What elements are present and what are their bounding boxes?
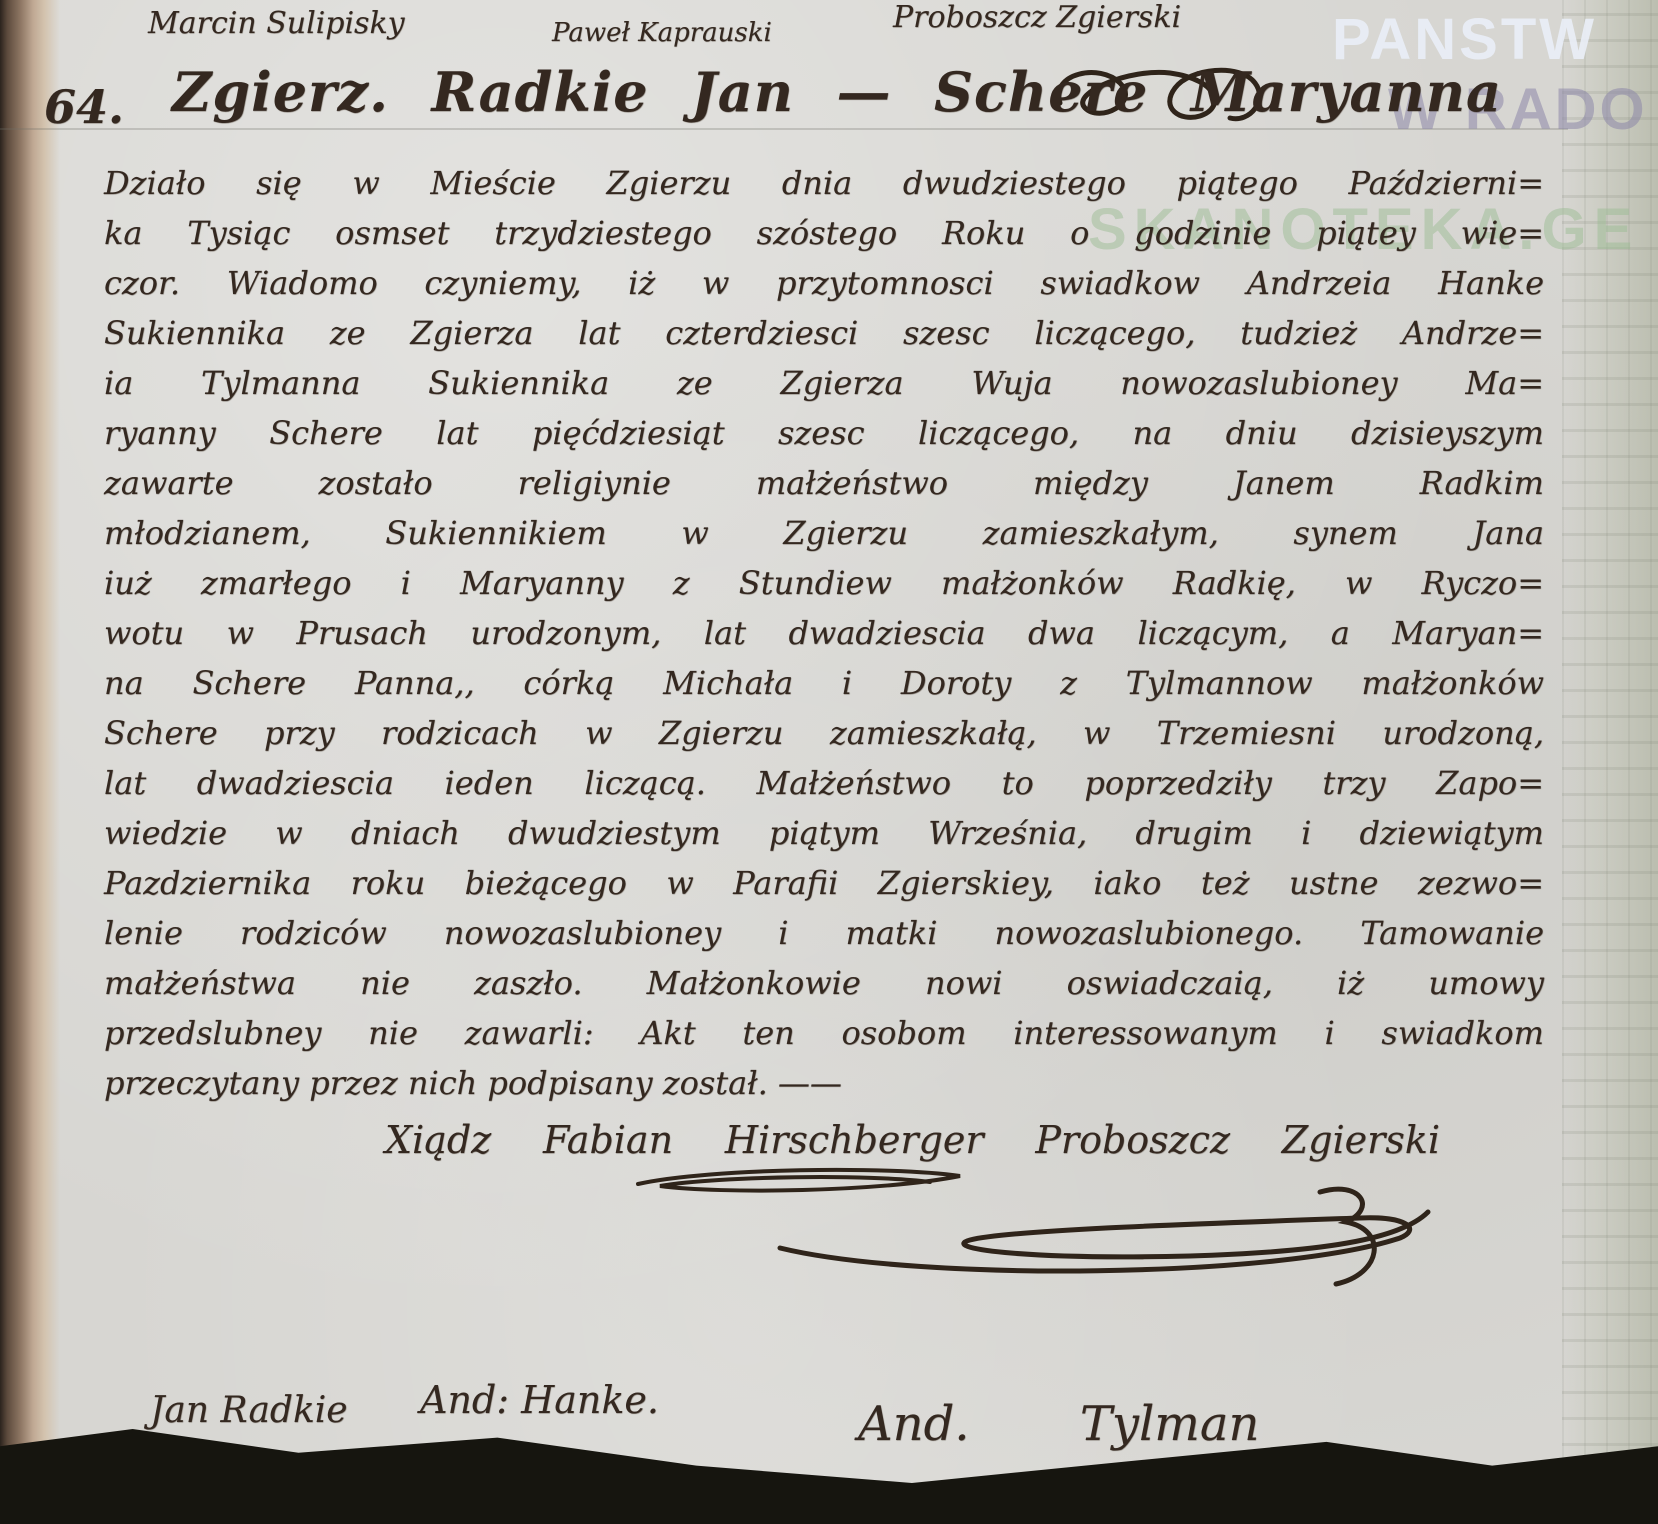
manuscript-line: zawarte zostało religiynie małżeństwo mi… <box>104 458 1544 508</box>
manuscript-line: przeczytany przez nich podpisany został.… <box>104 1058 1544 1108</box>
signature-groom: Jan Radkie <box>150 1390 348 1431</box>
entry-number: 64. <box>44 80 124 134</box>
annotation-name-left: Marcin Sulipisky <box>148 6 405 41</box>
book-binding-edge <box>0 0 60 1524</box>
annotation-name-center: Paweł Kaprauski <box>552 18 772 48</box>
clergy-signature: Xiądz Fabian Hirschberger Proboszcz Zgie… <box>385 1118 1440 1170</box>
manuscript-line: ia Tylmanna Sukiennika ze Zgierza Wuja n… <box>104 358 1544 408</box>
manuscript-line: ka Tysiąc osmset trzydziestego szóstego … <box>104 208 1544 258</box>
manuscript-line: małżeństwa nie zaszło. Małżonkowie nowi … <box>104 958 1544 1008</box>
manuscript-line: wotu w Prusach urodzonym, lat dwadziesci… <box>104 608 1544 658</box>
manuscript-line: na Schere Panna,, córką Michała i Doroty… <box>104 658 1544 708</box>
manuscript-line: Pazdziernika roku bieżącego w Parafii Zg… <box>104 858 1544 908</box>
manuscript-line: lat dwadziescia ieden liczącą. Małżeństw… <box>104 758 1544 808</box>
act-body-text: Działo się w Mieście Zgierzu dnia dwudzi… <box>104 158 1544 1108</box>
signature-swash-flourish <box>760 1178 1460 1308</box>
manuscript-page: PANSTW W RADO SKANOTEKA.GE Marcin Sulipi… <box>0 0 1658 1524</box>
manuscript-line: lenie rodziców nowozaslubioney i matki n… <box>104 908 1544 958</box>
manuscript-line: Schere przy rodzicach w Zgierzu zamieszk… <box>104 708 1544 758</box>
manuscript-line: młodzianem, Sukiennikiem w Zgierzu zamie… <box>104 508 1544 558</box>
manuscript-line: wiedzie w dniach dwudziestym piątym Wrze… <box>104 808 1544 858</box>
manuscript-line: ryanny Schere lat pięćdziesiąt szesc lic… <box>104 408 1544 458</box>
manuscript-line: przedslubney nie zawarli: Akt ten osobom… <box>104 1008 1544 1058</box>
manuscript-line: Sukiennika ze Zgierza lat czterdziesci s… <box>104 308 1544 358</box>
signature-witness-tylman: And. Tylman <box>858 1396 1259 1452</box>
page-torn-bottom-edge <box>0 1416 1658 1524</box>
annotation-title-right: Proboszcz Zgierski <box>893 0 1181 35</box>
manuscript-line: Działo się w Mieście Zgierzu dnia dwudzi… <box>104 158 1544 208</box>
manuscript-line: iuż zmarłego i Maryanny z Stundiew małżo… <box>104 558 1544 608</box>
signature-witness-hanke: And: Hanke. <box>420 1378 659 1422</box>
entry-heading: Zgierz. Radkie Jan — Schere Maryanna <box>172 60 1502 130</box>
manuscript-line: czor. Wiadomo czyniemy, iż w przytomnosc… <box>104 258 1544 308</box>
adjacent-page-edge <box>1562 0 1658 1524</box>
